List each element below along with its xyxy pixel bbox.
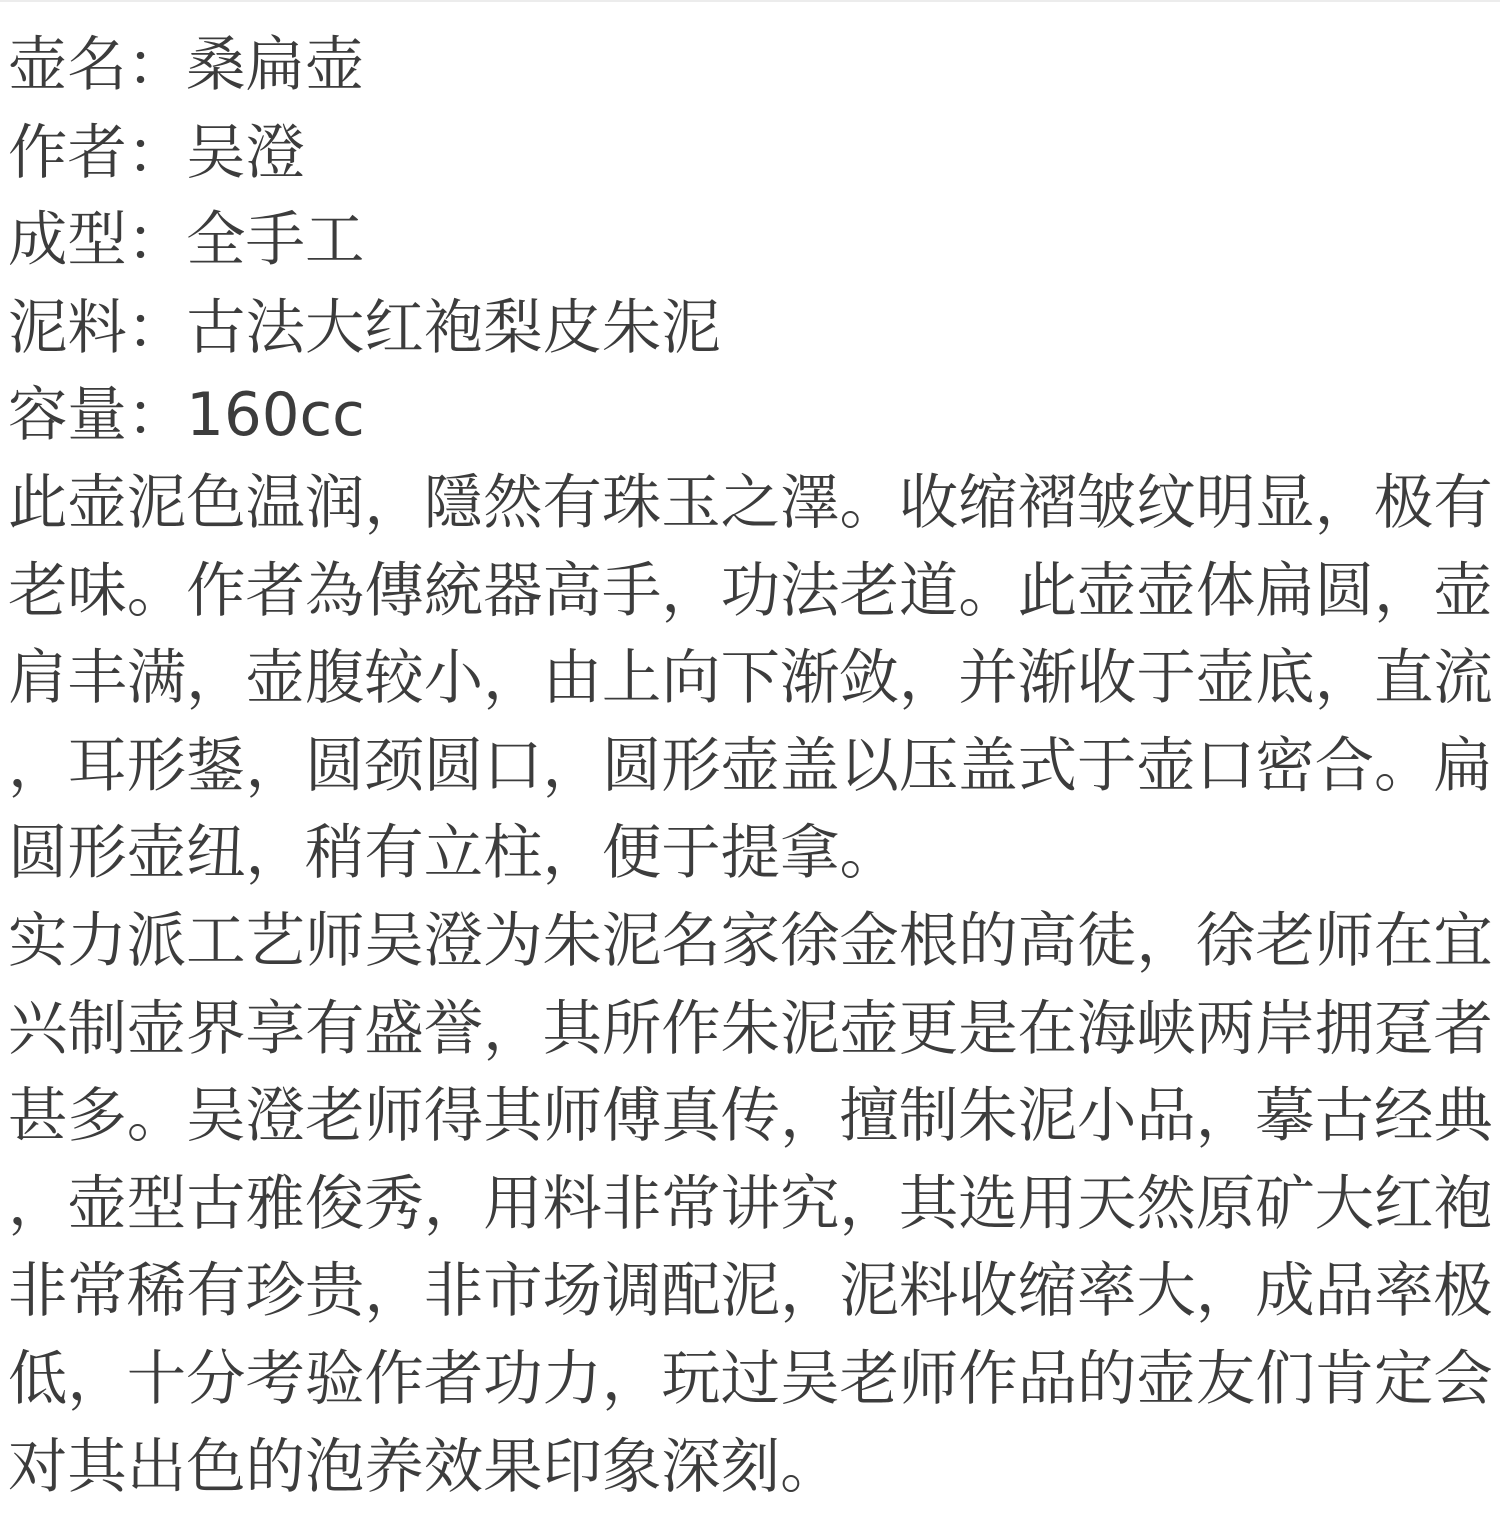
paragraph-1-line-2: 老味。作者為傳統器高手，功法老道。此壶壶体扁圆，壶 bbox=[8, 548, 1492, 636]
product-description-page: 壶名：桑扁壶 作者：吴澄 成型：全手工 泥料：古法大红袍梨皮朱泥 容量：160c… bbox=[0, 0, 1500, 1529]
field-line-4: 容量：160cc bbox=[8, 372, 1492, 460]
paragraph-2-line-4: ，壶型古雅俊秀，用料非常讲究，其选用天然原矿大红袍 bbox=[8, 1161, 1492, 1249]
field-colon: ： bbox=[127, 381, 186, 450]
paragraph-1-line-1: 此壶泥色温润，隱然有珠玉之澤。收缩褶皱纹明显，极有 bbox=[8, 460, 1492, 548]
field-line-0: 壶名：桑扁壶 bbox=[8, 22, 1492, 110]
paragraph-1-line-3: 肩丰满，壶腹较小，由上向下渐敛，并渐收于壶底，直流 bbox=[8, 635, 1492, 723]
field-colon: ： bbox=[127, 294, 186, 363]
field-value: 古法大红袍梨皮朱泥 bbox=[186, 294, 721, 363]
paragraph-1-line-4: ，耳形鋬，圆颈圆口，圆形壶盖以压盖式于壶口密合。扁 bbox=[8, 723, 1492, 811]
teapot-description-document: 壶名：桑扁壶 作者：吴澄 成型：全手工 泥料：古法大红袍梨皮朱泥 容量：160c… bbox=[0, 2, 1500, 1511]
paragraph-2-line-2: 兴制壶界享有盛誉，其所作朱泥壶更是在海峡两岸拥趸者 bbox=[8, 986, 1492, 1074]
field-colon: ： bbox=[127, 31, 186, 100]
field-label: 容量 bbox=[8, 381, 127, 450]
paragraph-2-line-3: 甚多。吴澄老师得其师傅真传，擅制朱泥小品，摹古经典 bbox=[8, 1073, 1492, 1161]
field-label: 作者 bbox=[8, 119, 127, 188]
field-label: 壶名 bbox=[8, 31, 127, 100]
field-label: 泥料 bbox=[8, 294, 127, 363]
field-label: 成型 bbox=[8, 206, 127, 275]
paragraph-2-line-7: 对其出色的泡养效果印象深刻。 bbox=[8, 1424, 1492, 1512]
paragraph-2-line-5: 非常稀有珍贵，非市场调配泥，泥料收缩率大，成品率极 bbox=[8, 1248, 1492, 1336]
field-colon: ： bbox=[127, 206, 186, 275]
paragraph-2-line-6: 低，十分考验作者功力，玩过吴老师作品的壶友们肯定会 bbox=[8, 1336, 1492, 1424]
paragraph-1-line-5: 圆形壶纽，稍有立柱，便于提拿。 bbox=[8, 810, 1492, 898]
field-value: 全手工 bbox=[186, 206, 364, 275]
field-line-3: 泥料：古法大红袍梨皮朱泥 bbox=[8, 285, 1492, 373]
paragraph-2-line-1: 实力派工艺师吴澄为朱泥名家徐金根的高徒，徐老师在宜 bbox=[8, 898, 1492, 986]
field-colon: ： bbox=[127, 119, 186, 188]
field-line-2: 成型：全手工 bbox=[8, 197, 1492, 285]
field-line-1: 作者：吴澄 bbox=[8, 110, 1492, 198]
field-value: 160cc bbox=[186, 381, 365, 450]
field-value: 桑扁壶 bbox=[186, 31, 364, 100]
field-value: 吴澄 bbox=[186, 119, 305, 188]
